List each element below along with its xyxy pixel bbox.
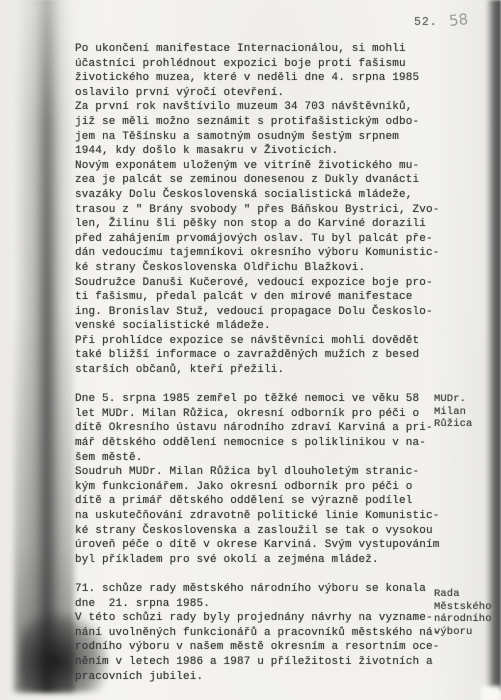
margin-note-rada-vyboru: Rada Městského národního výboru: [434, 588, 498, 638]
paragraph-council-awards: V této schůzi rady byly projednány návrh…: [75, 611, 460, 684]
paragraph-exposition-info: Při prohlídce expozice se návštěvníci mo…: [75, 334, 460, 378]
page-number-handwritten: 58: [448, 10, 469, 30]
paragraph-council-meeting: 71. schůze rady městského národního výbo…: [75, 582, 460, 611]
margin-note-mudr-ruzica: MUDr. Milan Růžica: [434, 393, 498, 431]
scanned-page: 52. 58 Po ukončení manifestace Internaci…: [0, 0, 501, 700]
page-number-typed: 52.: [414, 16, 438, 29]
paragraph-ruzica-career: Soudruh MUDr. Milan Růžica byl dlouholet…: [75, 465, 460, 567]
scan-edge-fade: [481, 686, 501, 700]
paragraph-visitor-count: Za první rok navštívilo muzeum 34 703 ná…: [75, 100, 460, 158]
paragraph-mace-handover: Soudružce Danuši Kučerové, vedoucí expoz…: [75, 276, 460, 334]
paragraph-museum-anniversary: Po ukončení manifestace Internacionálou,…: [75, 42, 460, 100]
paragraph-new-exhibit: Novým exponátem uloženým ve vitríně živo…: [75, 159, 460, 276]
paragraph-ruzica-death: Dne 5. srpna 1985 zemřel po těžké nemoci…: [75, 392, 460, 465]
document-text-column: Po ukončení manifestace Internacionálou,…: [75, 42, 460, 684]
binding-shadow-depth: [14, 0, 74, 692]
